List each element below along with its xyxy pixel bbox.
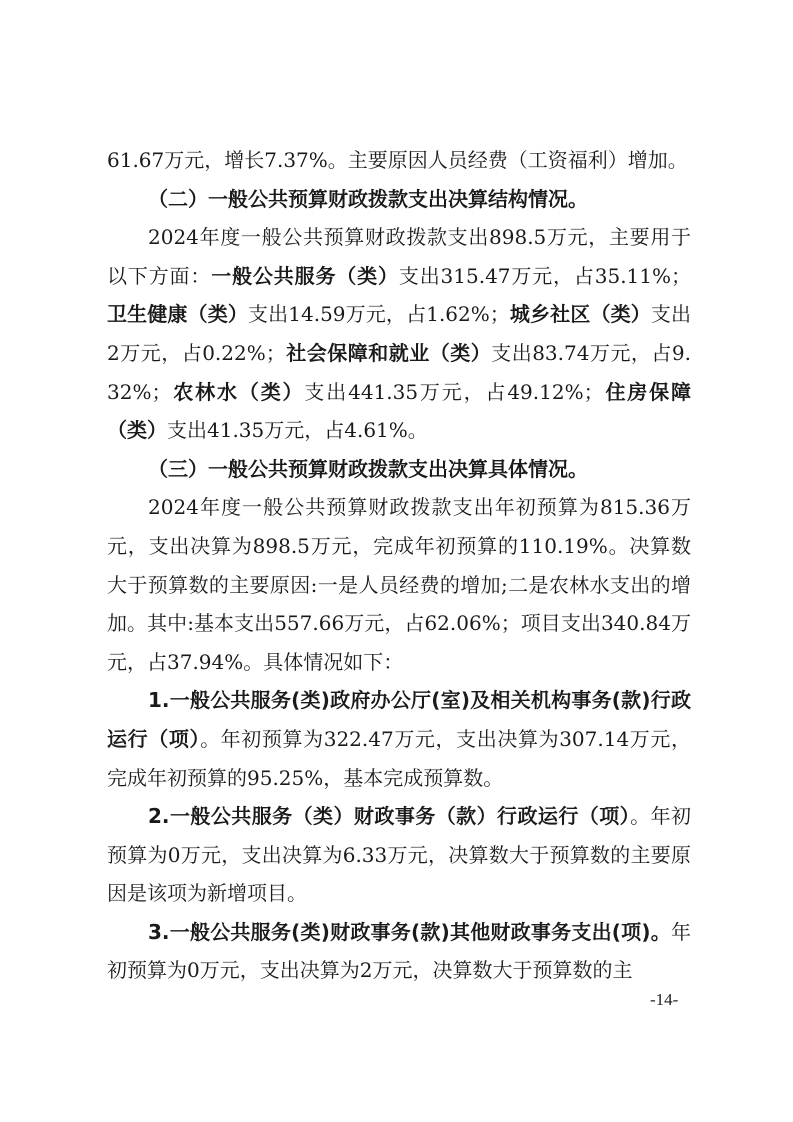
paragraph-structure: 2024年度一般公共预算财政拨款支出898.5万元，主要用于以下方面：一般公共服… [107,218,691,450]
detail-item-1: 1.一般公共服务(类)政府办公厅(室)及相关机构事务(款)行政运行（项）。年初预… [107,681,691,797]
page-number: -14- [650,990,678,1010]
category-label: 城乡社区（类） [510,302,651,326]
detail-item-label: 2.一般公共服务（类）财政事务（款）行政运行（项） [148,804,630,828]
category-text: 支出14.59万元，占1.62%； [248,302,510,326]
section-heading-detail: （三）一般公共预算财政拨款支出决算具体情况。 [107,450,691,489]
detail-item-2: 2.一般公共服务（类）财政事务（款）行政运行（项）。年初预算为0万元，支出决算为… [107,797,691,913]
section-heading-structure: （二）一般公共预算财政拨款支出决算结构情况。 [107,180,691,219]
document-page: 61.67万元，增长7.37%。主要原因人员经费（工资福利）增加。 （二）一般公… [107,141,691,990]
paragraph-carryover: 61.67万元，增长7.37%。主要原因人员经费（工资福利）增加。 [107,141,691,180]
category-label: 卫生健康（类） [107,302,248,326]
category-label: 农林水（类） [171,380,304,404]
paragraph-detail-intro: 2024年度一般公共预算财政拨款支出年初预算为815.36万元，支出决算为898… [107,488,691,681]
category-label: 一般公共服务（类） [211,264,399,288]
category-text: 支出315.47万元，占35.11%； [399,264,691,288]
detail-item-3: 3.一般公共服务(类)财政事务(款)其他财政事务支出(项)。年初预算为0万元，支… [107,913,691,990]
category-text: 支出441.35万元，占49.12%； [304,380,603,404]
category-label: 社会保障和就业（类） [286,341,491,365]
detail-item-label: 3.一般公共服务(类)财政事务(款)其他财政事务支出(项)。 [148,920,671,944]
category-text: 支出41.35万元，占4.61%。 [167,418,428,442]
